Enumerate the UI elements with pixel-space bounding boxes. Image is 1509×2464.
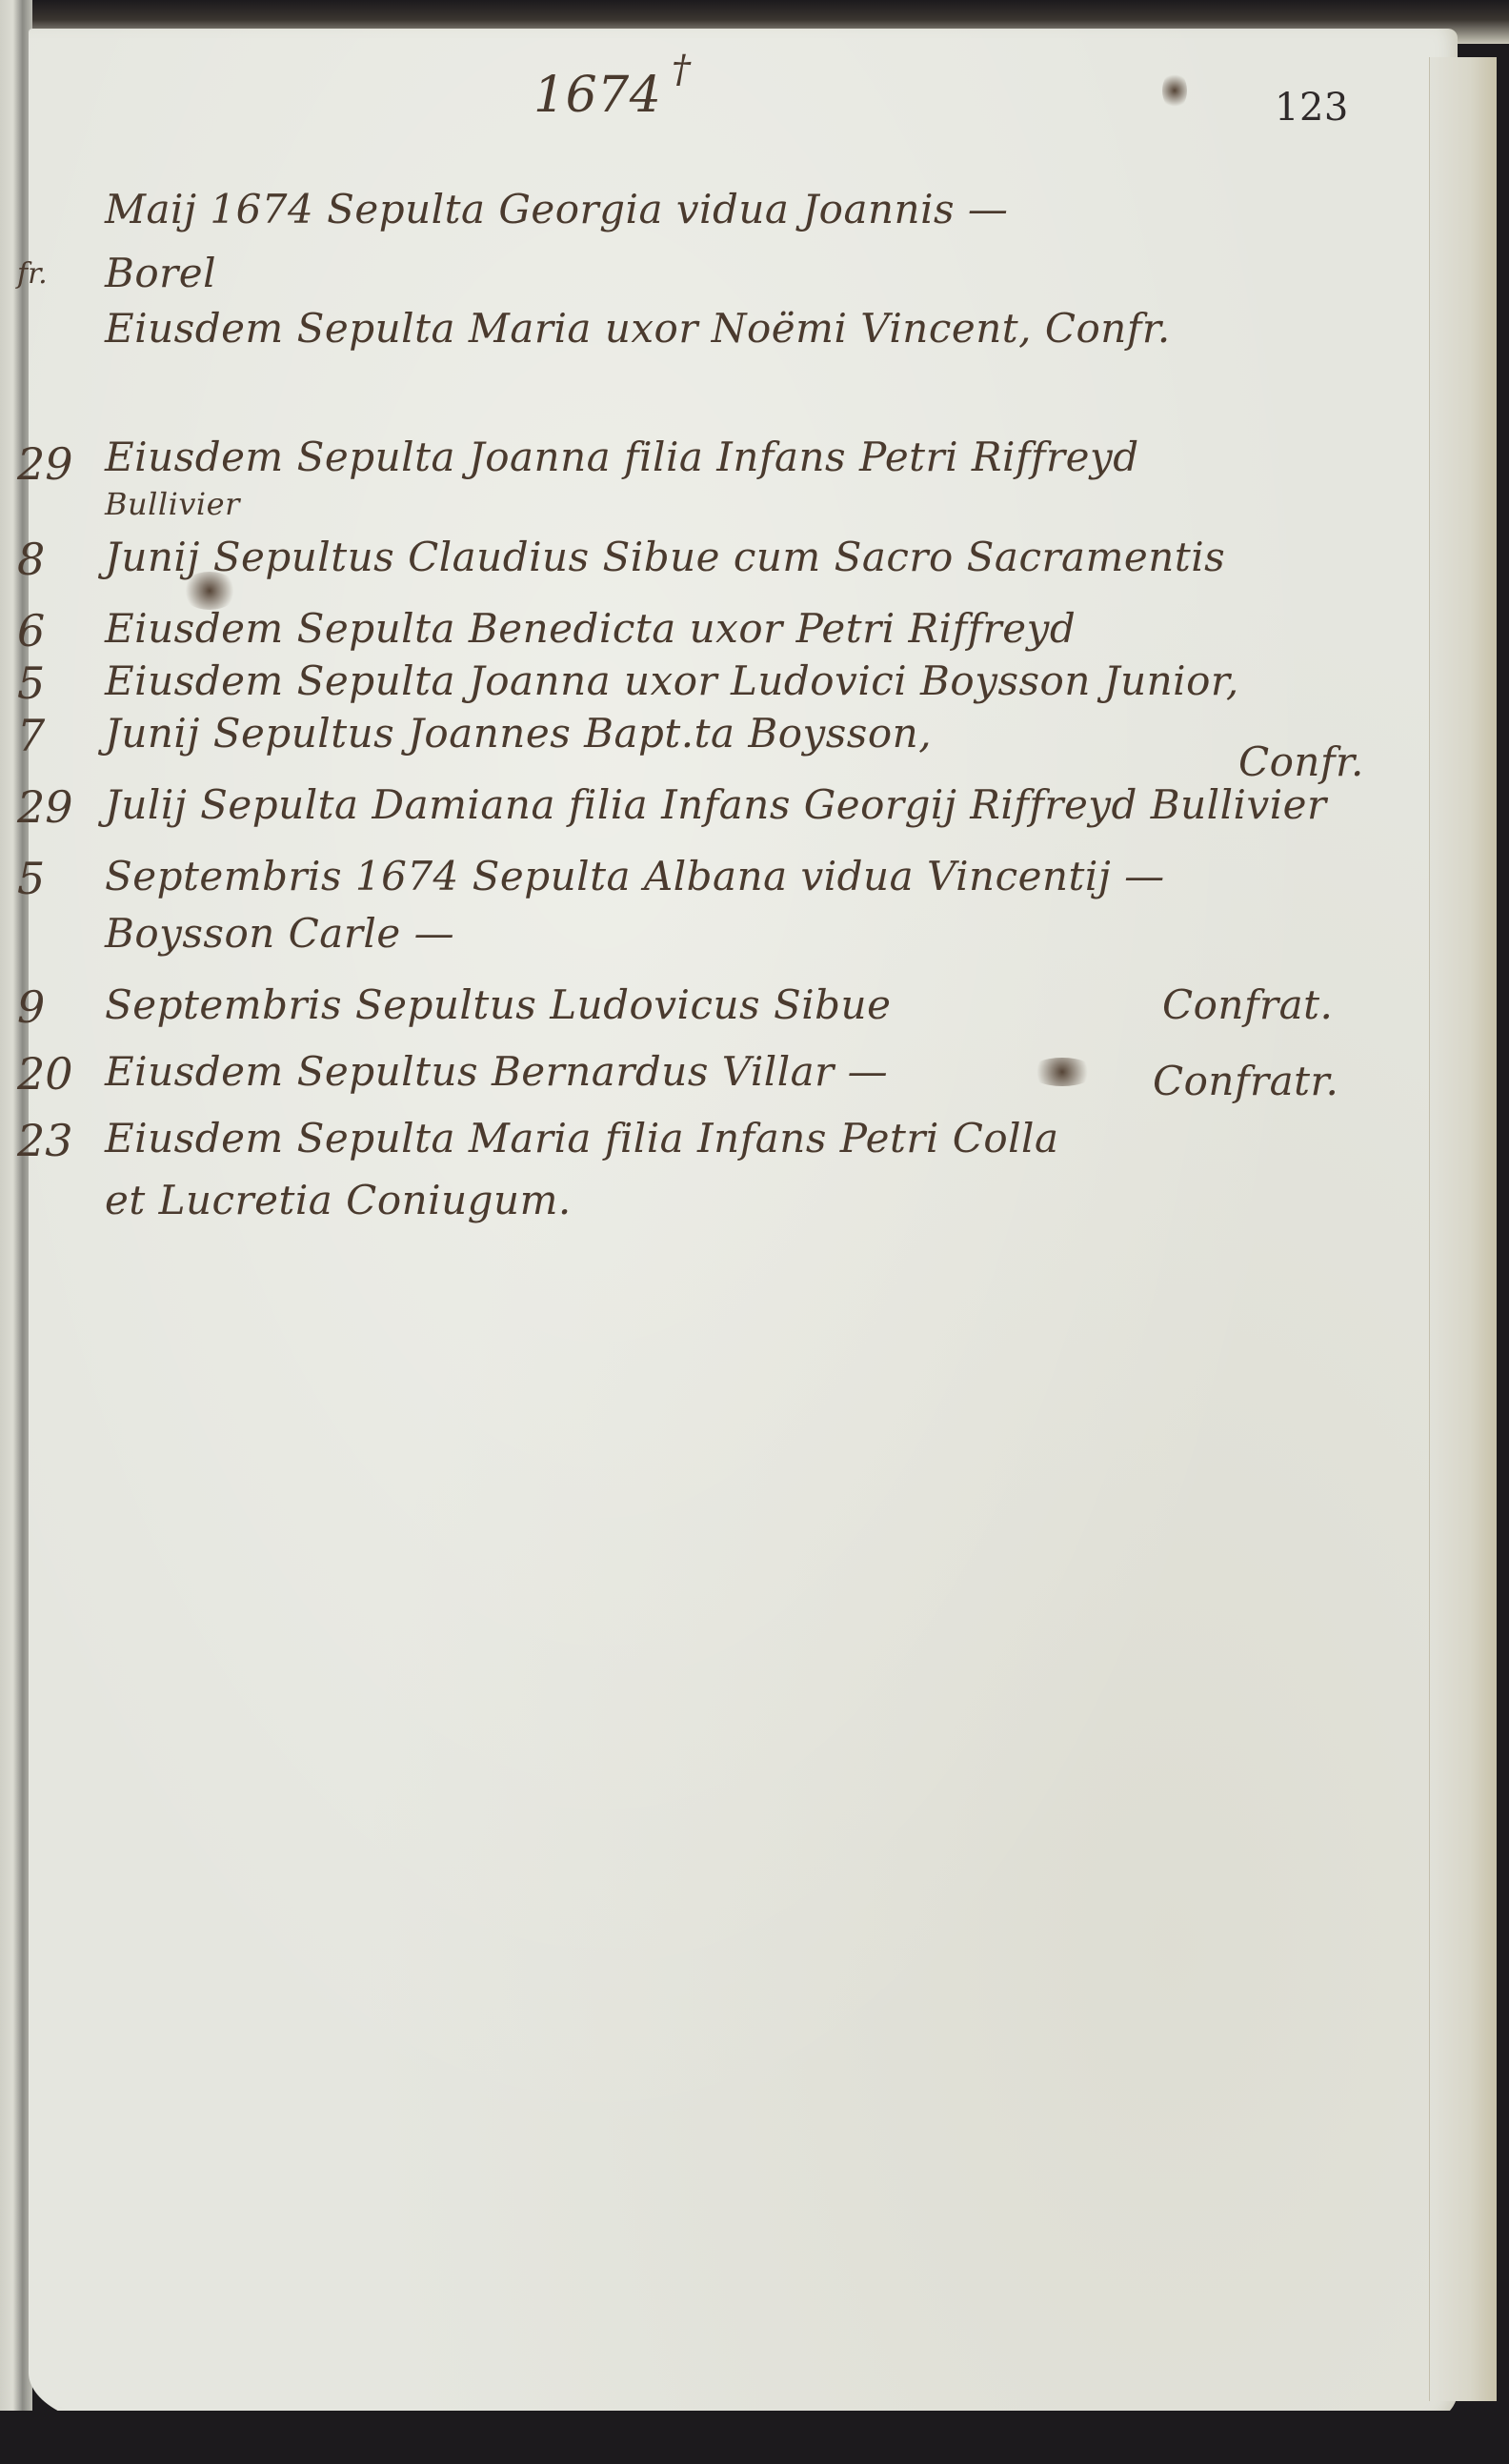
margin-number: 20	[17, 1048, 73, 1100]
margin-number: fr.	[17, 257, 48, 291]
entry-line: Borel	[105, 250, 216, 296]
margin-number: 7	[17, 710, 45, 761]
margin-number: 5	[17, 853, 45, 904]
entry-line: Eiusdem Sepultus Bernardus Villar —	[105, 1048, 888, 1095]
cross-mark: †	[672, 48, 692, 91]
ink-blot	[1029, 1058, 1096, 1086]
ink-stain	[1162, 71, 1187, 110]
margin-number: 29	[17, 781, 73, 833]
entry-line: Maij 1674 Sepulta Georgia vidua Joannis …	[105, 186, 1008, 232]
book-spine	[0, 0, 32, 2464]
page-bottom-edge	[0, 2411, 1509, 2464]
manuscript-page	[29, 29, 1458, 2430]
margin-number: 9	[17, 981, 45, 1033]
margin-number: 23	[17, 1115, 73, 1166]
entry-line: Junij Sepultus Claudius Sibue cum Sacro …	[105, 534, 1225, 580]
entry-line: Septembris Sepultus Ludovicus Sibue	[105, 981, 891, 1028]
entry-line: Eiusdem Sepulta Joanna filia Infans Petr…	[105, 434, 1139, 480]
entry-line: Eiusdem Sepulta Maria uxor Noëmi Vincent…	[105, 305, 1171, 352]
entry-line: Boysson Carle —	[105, 910, 454, 957]
entry-annotation: Confrat.	[1162, 981, 1333, 1028]
entry-line: et Lucretia Coniugum.	[105, 1177, 572, 1223]
margin-number: 6	[17, 605, 45, 656]
entry-line: Eiusdem Sepulta Joanna uxor Ludovici Boy…	[105, 657, 1239, 704]
entry-line: Julij Sepulta Damiana filia Infans Georg…	[105, 781, 1327, 828]
entry-line: Eiusdem Sepulta Benedicta uxor Petri Rif…	[105, 605, 1076, 652]
entry-line: Junij Sepultus Joannes Bapt.ta Boysson,	[105, 710, 932, 757]
entry-line: Septembris 1674 Sepulta Albana vidua Vin…	[105, 853, 1165, 899]
margin-number: 29	[17, 438, 73, 490]
page-right-edge	[1429, 57, 1497, 2401]
header-year: 1674	[533, 67, 661, 124]
entry-annotation: Confratr.	[1153, 1058, 1338, 1104]
entry-line: Eiusdem Sepulta Maria filia Infans Petri…	[105, 1115, 1059, 1161]
page-number: 123	[1275, 86, 1349, 130]
margin-number: 5	[17, 657, 45, 709]
margin-number: 8	[17, 534, 45, 585]
entry-line: Bullivier	[105, 486, 240, 522]
entry-annotation: Confr.	[1238, 738, 1364, 785]
